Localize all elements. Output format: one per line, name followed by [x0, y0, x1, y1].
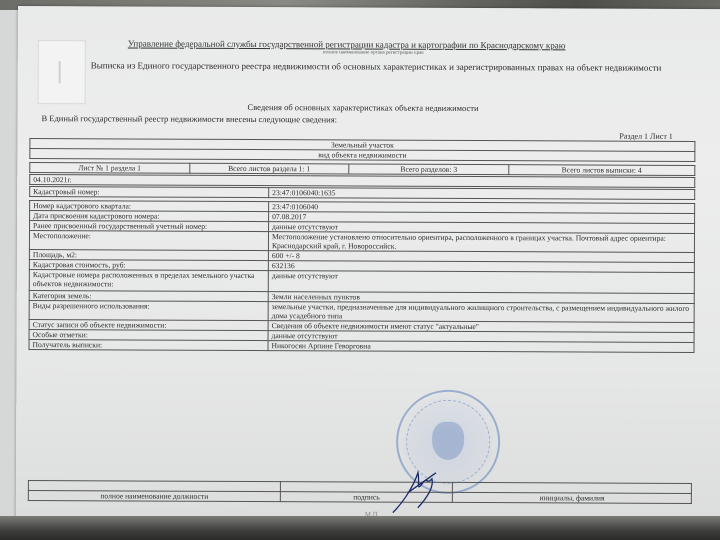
row-value: Никогосян Арпине Геворговна	[268, 341, 694, 353]
row-label: Кадастровые номера расположенных в преде…	[29, 270, 268, 292]
signature-scribble	[388, 463, 448, 518]
sheets-total: Всего листов выписки: 4	[509, 165, 695, 176]
section-reference: Раздел 1 Лист 1	[619, 132, 672, 141]
document-page: Управление федеральной службы государств…	[16, 6, 720, 521]
cadastral-number-label: Кадастровый номер:	[30, 187, 269, 198]
row-label: Получатель выписки:	[29, 340, 268, 351]
document-subtitle: Сведения об основных характеристиках объ…	[248, 102, 479, 113]
object-type-caption: вид объекта недвижимости	[30, 149, 695, 162]
table-row: Получатель выписки:Никогосян Арпине Гево…	[29, 340, 694, 353]
document-title: Выписка из Единого государственного реес…	[91, 60, 662, 72]
coat-of-arms-icon	[432, 422, 464, 460]
object-type-table: Земельный участок вид объекта недвижимос…	[29, 138, 695, 162]
cadastral-number-value: 23:47:0106040:1635	[269, 188, 695, 200]
sheets-in-section: Всего листов раздела 1: 1	[189, 163, 349, 174]
row-label: Дата присвоения кадастрового номера:	[30, 211, 269, 222]
row-label: Статус записи об объекте недвижимости:	[29, 320, 268, 331]
background-bottom	[0, 516, 720, 540]
row-label: Категория земель:	[29, 291, 268, 302]
row-label: Особые отметки:	[29, 330, 268, 341]
row-label: Местоположение:	[29, 231, 268, 251]
row-label: Номер кадастрового квартала:	[30, 201, 269, 212]
name-caption: инициалы, фамилия	[453, 492, 692, 503]
tape-strip	[38, 40, 86, 104]
characteristics-table: Номер кадастрового квартала:23:47:010604…	[28, 200, 695, 353]
table-row: Кадастровые номера расположенных в преде…	[29, 270, 694, 294]
row-value: земельные участки, предназначенные для и…	[268, 302, 694, 323]
row-label: Виды разрешенного использования:	[29, 301, 268, 321]
row-label: Площадь, м2:	[29, 250, 268, 261]
row-label: Кадастровая стоимость, руб:	[29, 260, 268, 271]
sections-total: Всего разделов: 3	[349, 164, 509, 175]
sheet-number: Лист № 1 раздела 1	[30, 163, 190, 174]
organization-name: Управление федеральной службы государств…	[128, 38, 566, 50]
row-value: Местоположение установлено относительно …	[268, 232, 694, 253]
organization-caption: полное наименование органа регистрации п…	[323, 50, 424, 55]
row-label: Ранее присвоенный государственный учетны…	[30, 221, 269, 232]
signature-table: полное наименование должности подпись ин…	[28, 480, 692, 504]
position-caption: полное наименование должности	[28, 491, 280, 502]
intro-text: В Единый государственный реестр недвижим…	[41, 113, 337, 124]
cadastral-number-table: Кадастровый номер: 23:47:0106040:1635	[29, 186, 695, 200]
row-value: данные отсутствуют	[268, 271, 694, 294]
